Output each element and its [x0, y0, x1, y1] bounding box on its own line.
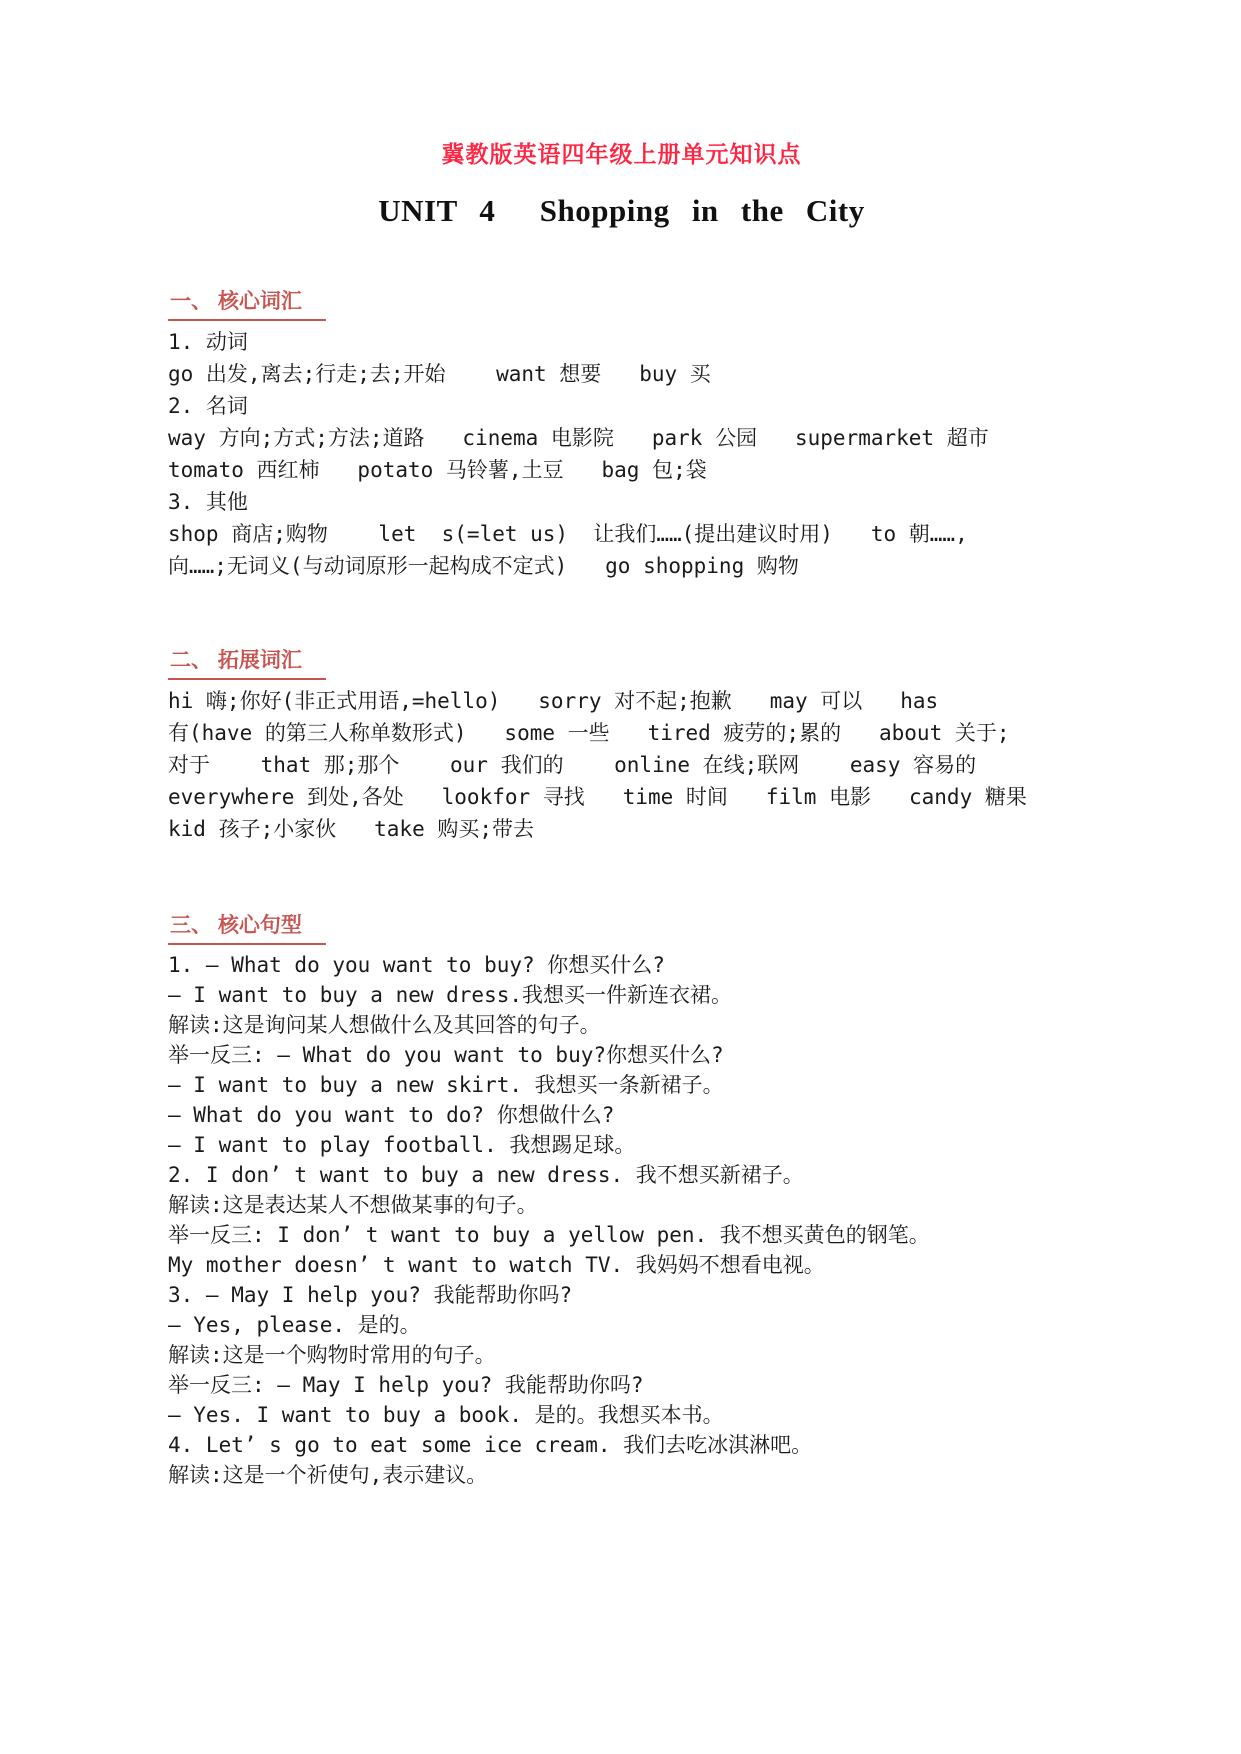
section-core-sentence-patterns: 三、 核心句型 1. — What do you want to buy? 你想…: [168, 909, 1075, 1490]
text-line: 解读:这是询问某人想做什么及其回答的句子。: [168, 1010, 1075, 1040]
text-line: — What do you want to do? 你想做什么?: [168, 1100, 1075, 1130]
document-page: 冀教版英语四年级上册单元知识点 UNIT 4 Shopping in the C…: [0, 0, 1241, 1754]
section-core-vocabulary: 一、 核心词汇 1. 动词 go 出发,离去;行走;去;开始 want 想要 b…: [168, 285, 1075, 582]
text-line: — Yes, please. 是的。: [168, 1310, 1075, 1340]
text-line: 向……;无词义(与动词原形一起构成不定式) go shopping 购物: [168, 550, 1075, 582]
text-line: 3. 其他: [168, 486, 1075, 518]
text-line: — I want to buy a new skirt. 我想买一条新裙子。: [168, 1070, 1075, 1100]
section-extended-vocabulary: 二、 拓展词汇 hi 嗨;你好(非正式用语,=hello) sorry 对不起;…: [168, 644, 1075, 845]
text-line: go 出发,离去;行走;去;开始 want 想要 buy 买: [168, 358, 1075, 390]
text-line: 举一反三: — May I help you? 我能帮助你吗?: [168, 1370, 1075, 1400]
text-line: 4. Let’ s go to eat some ice cream. 我们去吃…: [168, 1430, 1075, 1460]
text-line: 1. — What do you want to buy? 你想买什么?: [168, 950, 1075, 980]
text-line: My mother doesn’ t want to watch TV. 我妈妈…: [168, 1250, 1075, 1280]
text-line: 3. — May I help you? 我能帮助你吗?: [168, 1280, 1075, 1310]
page-title: UNIT 4 Shopping in the City: [168, 193, 1075, 229]
text-line: shop 商店;购物 let s(=let us) 让我们……(提出建议时用) …: [168, 518, 1075, 550]
text-line: 有(have 的第三人称单数形式) some 一些 tired 疲劳的;累的 a…: [168, 717, 1075, 749]
section-heading-core-sentence-patterns: 三、 核心句型: [168, 909, 326, 945]
doc-series-header: 冀教版英语四年级上册单元知识点: [168, 136, 1075, 169]
text-line: way 方向;方式;方法;道路 cinema 电影院 park 公园 super…: [168, 422, 1075, 454]
text-line: 解读:这是表达某人不想做某事的句子。: [168, 1190, 1075, 1220]
text-line: 解读:这是一个祈使句,表示建议。: [168, 1460, 1075, 1490]
text-line: 1. 动词: [168, 326, 1075, 358]
text-line: hi 嗨;你好(非正式用语,=hello) sorry 对不起;抱歉 may 可…: [168, 685, 1075, 717]
text-line: 解读:这是一个购物时常用的句子。: [168, 1340, 1075, 1370]
text-line: — Yes. I want to buy a book. 是的。我想买本书。: [168, 1400, 1075, 1430]
text-line: — I want to play football. 我想踢足球。: [168, 1130, 1075, 1160]
text-line: 举一反三: I don’ t want to buy a yellow pen.…: [168, 1220, 1075, 1250]
section-heading-core-vocabulary: 一、 核心词汇: [168, 285, 326, 321]
text-line: tomato 西红柿 potato 马铃薯,土豆 bag 包;袋: [168, 454, 1075, 486]
text-line: everywhere 到处,各处 lookfor 寻找 time 时间 film…: [168, 781, 1075, 813]
text-line: 对于 that 那;那个 our 我们的 online 在线;联网 easy 容…: [168, 749, 1075, 781]
text-line: — I want to buy a new dress.我想买一件新连衣裙。: [168, 980, 1075, 1010]
text-line: 举一反三: — What do you want to buy?你想买什么?: [168, 1040, 1075, 1070]
text-line: 2. I don’ t want to buy a new dress. 我不想…: [168, 1160, 1075, 1190]
text-line: kid 孩子;小家伙 take 购买;带去: [168, 813, 1075, 845]
text-line: 2. 名词: [168, 390, 1075, 422]
section-heading-extended-vocabulary: 二、 拓展词汇: [168, 644, 326, 680]
